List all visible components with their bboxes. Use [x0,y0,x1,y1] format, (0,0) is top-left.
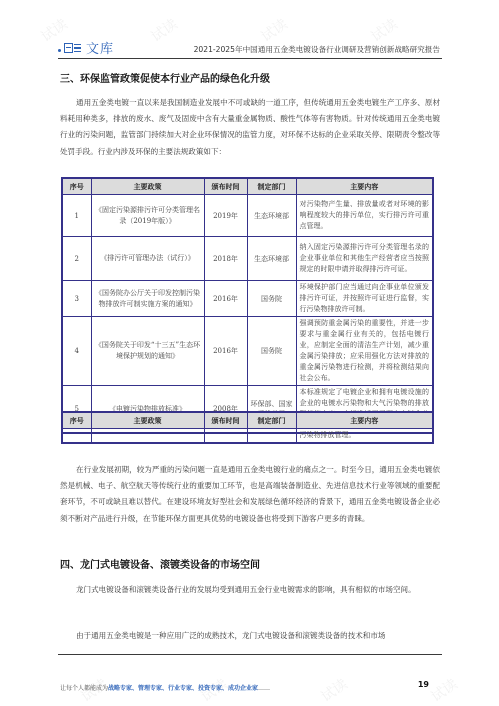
cell-content: 纳入固定污染源排污许可分类管理名录的企业事业单位和其他生产经营者应当按照规定的时… [296,237,433,281]
policy-table-continued: 序号 主要政策 颁布时间 制定部门 主要内容 污染物排放管理。 [61,411,434,444]
cell-date: 2019年 [204,195,247,237]
cell-no: 1 [62,195,91,237]
footer-suffix: …… [258,685,270,692]
column-header-content: 主要内容 [296,178,433,195]
paragraph-intro-text: 通用五金类电镀一直以来是我国制造业发展中不可或缺的一道工序，但传统通用五金类电镀… [60,98,440,156]
logo-text: 文库 [86,38,114,57]
cell-dept [247,429,296,444]
cell-date: 2016年 [204,281,247,317]
paragraph-market-1: 龙门式电镀设备和滚镀类设备行业的发展均受到通用五金行业电镀需求的影响，具有相似的… [60,582,440,598]
table-row: 4 《国务院关于印发“十三五”生态环境保护规划的通知》 2016年 国务院 强调… [62,317,433,386]
cell-dept: 生态环境部 [247,195,296,237]
cell-policy: 《国务院关于印发“十三五”生态环境保护规划的通知》 [91,317,204,386]
footer-highlight: 战略专家、管理专家、行业专家、投资专家、成功企业家 [108,685,258,692]
column-header-no: 序号 [62,178,91,195]
paragraph-industry: 在行业发展初期，较为严重的污染问题一直是通用五金类电镀行业的痛点之一。时至今日，… [60,462,440,527]
paragraph-industry-text: 在行业发展初期，较为严重的污染问题一直是通用五金类电镀行业的痛点之一。时至今日，… [60,465,440,523]
cell-no: 4 [62,317,91,386]
column-header-dept: 制定部门 [247,412,296,429]
logo: 文库 [58,38,114,57]
table-row: 2 《排污许可管理办法（试行）》 2018年 生态环境部 纳入固定污染源排污许可… [62,237,433,281]
footer-prefix: 让每个人都能成为 [60,685,108,692]
paragraph-market-2-text: 由于通用五金类电镀是一种应用广泛的成熟技术，龙门式电镀设备和滚镀类设备的技术和市… [76,631,385,640]
cell-policy: 《国务院办公厅关于印发控制污染物排放许可制实施方案的通知》 [91,281,204,317]
column-header-policy: 主要政策 [91,412,204,429]
logo-mark-icon [64,42,86,54]
cell-no [62,429,91,444]
table-row: 1 《固定污染源排污许可分类管理名录（2019年版）》 2019年 生态环境部 … [62,195,433,237]
column-header-policy: 主要政策 [91,178,204,195]
paragraph-market-2: 由于通用五金类电镀是一种应用广泛的成熟技术，龙门式电镀设备和滚镀类设备的技术和市… [60,628,440,644]
cell-policy: 《固定污染源排污许可分类管理名录（2019年版）》 [91,195,204,237]
cell-date [204,429,247,444]
cell-dept: 国务院 [247,281,296,317]
cell-content: 污染物排放管理。 [296,429,433,444]
cell-content: 对污染物产生量、排放量或者对环境的影响程度较大的排污单位，实行排污许可重点管理。 [296,195,433,237]
cell-dept: 生态环境部 [247,237,296,281]
cell-date: 2016年 [204,317,247,386]
page-header: 文库 2021-2025年中国通用五金类电镀设备行业调研及营销创新战略研究报告 [58,36,442,59]
cell-dept: 国务院 [247,317,296,386]
document-page: 试读 试读 试读 试读 试读 试读 试读 试读 文库 2021-2025年中国通… [0,0,499,706]
logo-dot-icon [58,49,61,52]
table-row: 3 《国务院办公厅关于印发控制污染物排放许可制实施方案的通知》 2016年 国务… [62,281,433,317]
paragraph-intro: 通用五金类电镀一直以来是我国制造业发展中不可或缺的一道工序，但传统通用五金类电镀… [60,95,440,160]
cell-content: 环境保护部门应当通过向企事业单位颁发排污许可证，并按照许可证进行监督，实行污染物… [296,281,433,317]
cell-policy: 《排污许可管理办法（试行）》 [91,237,204,281]
table-header-row: 序号 主要政策 颁布时间 制定部门 主要内容 [62,178,433,195]
table-header-row: 序号 主要政策 颁布时间 制定部门 主要内容 [62,412,433,429]
footer-divider [58,654,442,655]
cell-no: 3 [62,281,91,317]
policy-table: 序号 主要政策 颁布时间 制定部门 主要内容 1 《固定污染源排污许可分类管理名… [61,177,434,434]
column-header-no: 序号 [62,412,91,429]
footer-slogan: 让每个人都能成为战略专家、管理专家、行业专家、投资专家、成功企业家…… [60,683,270,692]
cell-no: 2 [62,237,91,281]
paragraph-market-1-text: 龙门式电镀设备和滚镀类设备行业的发展均受到通用五金行业电镀需求的影响，具有相似的… [76,585,416,594]
column-header-content: 主要内容 [296,412,433,429]
cell-date: 2018年 [204,237,247,281]
section-heading-3: 三、环保监管政策促使本行业产品的绿色化升级 [60,70,270,85]
cell-policy [91,429,204,444]
cell-content: 强调预防重金属污染的重要性，并进一步要求与重金属行业有关的，包括电镀行业，应制定… [296,317,433,386]
column-header-date: 颁布时间 [204,412,247,429]
section-heading-4: 四、龙门式电镀设备、滚镀类设备的市场空间 [60,556,260,571]
column-header-dept: 制定部门 [247,178,296,195]
page-number: 19 [418,680,429,689]
table-row: 污染物排放管理。 [62,429,433,444]
column-header-date: 颁布时间 [204,178,247,195]
report-title: 2021-2025年中国通用五金类电镀设备行业调研及营销创新战略研究报告 [194,44,440,55]
